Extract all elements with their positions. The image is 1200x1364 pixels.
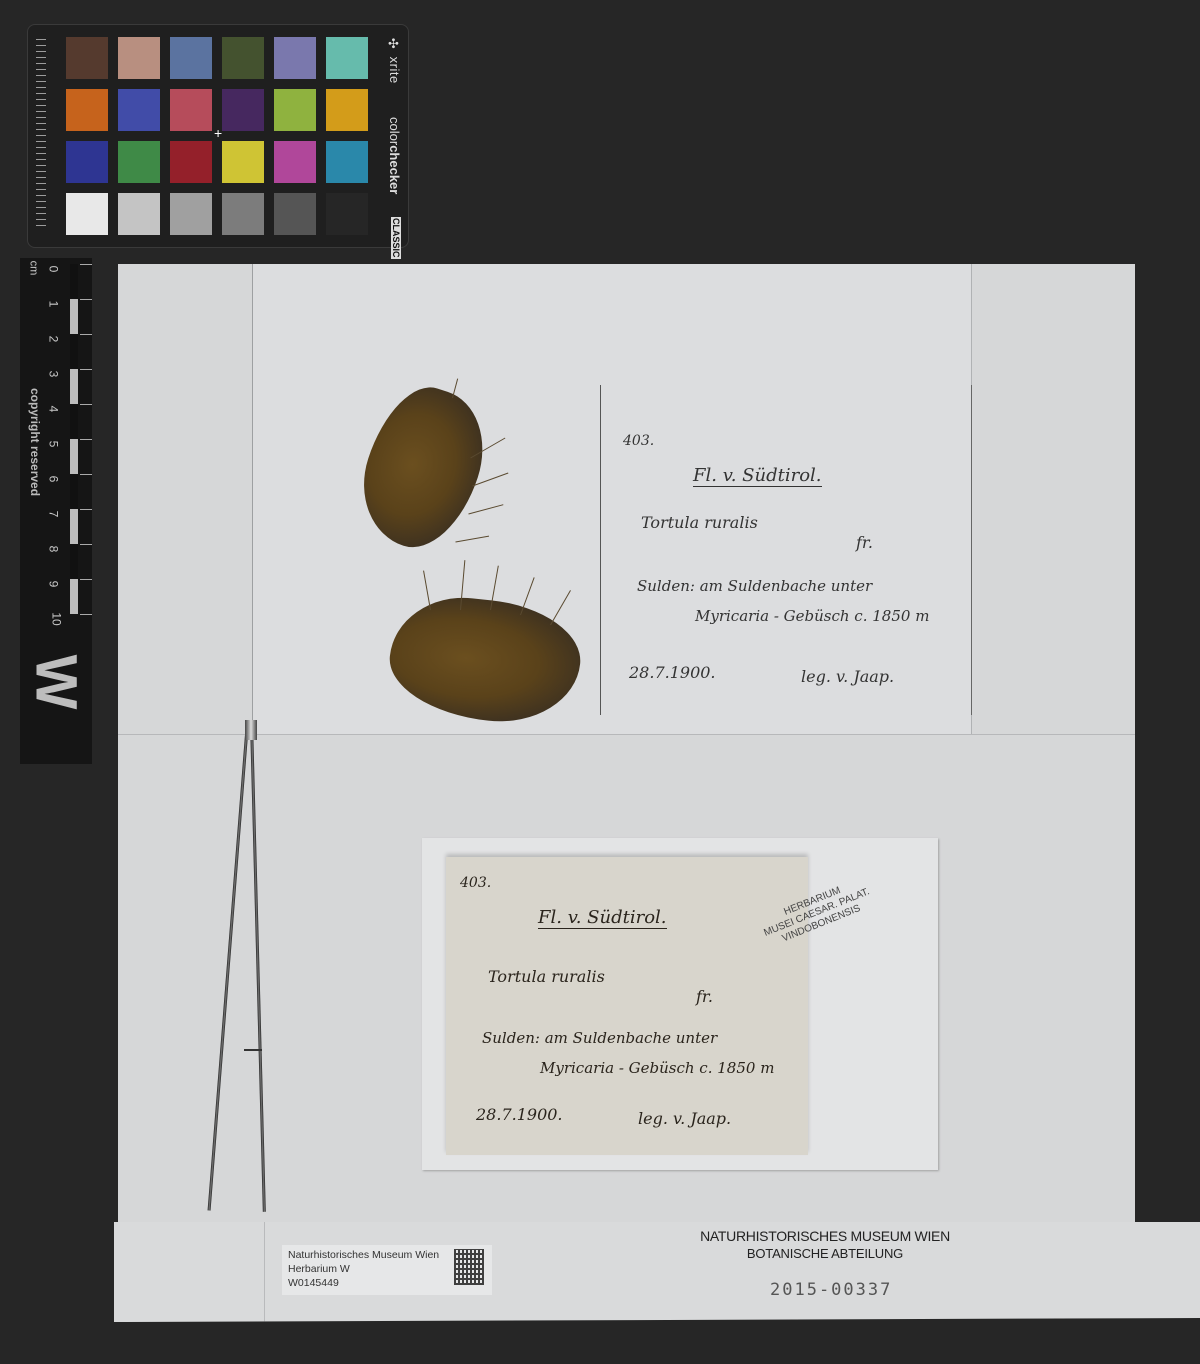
original-label: 403. Fl. v. Südtirol. Tortula ruralis fr…	[446, 857, 808, 1155]
scale-block	[70, 369, 78, 404]
color-swatch	[326, 141, 368, 183]
color-swatch	[118, 37, 160, 79]
scale-block	[70, 474, 78, 509]
scale-block	[70, 264, 78, 299]
scale-block	[70, 404, 78, 439]
scale-tick-label: 4	[46, 406, 60, 413]
color-swatch	[66, 89, 108, 131]
color-swatch	[222, 193, 264, 235]
herbarium-letter: W	[26, 655, 84, 710]
copyright-text: copyright reserved	[28, 388, 42, 496]
scale-block	[70, 439, 78, 474]
color-swatch	[222, 89, 264, 131]
scale-block	[70, 579, 78, 614]
color-swatch	[118, 89, 160, 131]
locality-line-1: Sulden: am Suldenbache unter	[482, 1029, 717, 1047]
scale-tick-label: 2	[46, 336, 60, 343]
scale-tick-label: 8	[46, 546, 60, 553]
color-swatch	[118, 141, 160, 183]
scale-tick-label: 9	[46, 581, 60, 588]
flora-heading: Fl. v. Südtirol.	[693, 465, 822, 487]
color-swatch	[118, 193, 160, 235]
barcode-label: Naturhistorisches Museum Wien Herbarium …	[282, 1245, 492, 1295]
fold-line	[118, 734, 1135, 735]
collection-date: 28.7.1900.	[476, 1105, 563, 1124]
moss-specimen-lower	[370, 560, 590, 730]
color-swatch	[170, 141, 212, 183]
color-swatch	[326, 89, 368, 131]
color-swatch	[326, 37, 368, 79]
scale-block	[70, 509, 78, 544]
fertility: fr.	[696, 987, 713, 1006]
moss-specimen-upper	[360, 378, 500, 548]
color-swatch	[274, 37, 316, 79]
product-name: colorchecker	[387, 117, 402, 194]
collection-number: 403.	[623, 433, 654, 449]
color-swatch	[222, 141, 264, 183]
department-name: BOTANISCHE ABTEILUNG	[690, 1246, 960, 1261]
color-swatch	[170, 37, 212, 79]
scale-bar: cm 012345678910 copyright reserved W	[20, 258, 92, 764]
locality-line-1: Sulden: am Suldenbache unter	[637, 577, 872, 595]
color-swatch	[274, 193, 316, 235]
scale-ticks	[80, 264, 92, 616]
scale-tick-label: 7	[46, 511, 60, 518]
color-swatch	[170, 193, 212, 235]
herbarium-name: Herbarium W	[288, 1263, 350, 1275]
scale-tick-label: 5	[46, 441, 60, 448]
locality-line-2: Myricaria - Gebüsch c. 1850 m	[540, 1059, 774, 1077]
color-swatch	[326, 193, 368, 235]
color-swatch	[274, 89, 316, 131]
scale-tick-label: 3	[46, 371, 60, 378]
scale-block	[70, 334, 78, 369]
scale-tick-label: 1	[46, 301, 60, 308]
color-swatch	[170, 89, 212, 131]
accession-number: 2015-00337	[770, 1280, 892, 1300]
scale-tick-label: 6	[46, 476, 60, 483]
mm-ruler	[36, 39, 46, 229]
flora-heading: Fl. v. Südtirol.	[538, 907, 667, 929]
edition-badge: CLASSIC	[391, 217, 401, 259]
museum-stamp: NATURHISTORISCHES MUSEUM WIEN BOTANISCHE…	[690, 1228, 960, 1261]
color-swatch	[66, 141, 108, 183]
color-checker-card: + ✣ xrite colorchecker CLASSIC	[27, 24, 409, 248]
taxon-name: Tortula ruralis	[488, 967, 605, 986]
scale-block	[70, 544, 78, 579]
folder-bottom-strip	[114, 1222, 1200, 1322]
institution-name: Naturhistorisches Museum Wien	[288, 1249, 439, 1261]
scale-unit: cm	[27, 261, 39, 276]
fold-line	[252, 264, 253, 734]
photocopy-label: 403. Fl. v. Südtirol. Tortula ruralis fr…	[600, 385, 972, 715]
collection-date: 28.7.1900.	[629, 663, 716, 682]
color-swatch	[222, 37, 264, 79]
color-swatch	[66, 193, 108, 235]
crosshair-icon: +	[214, 125, 222, 141]
qr-code-icon	[454, 1249, 484, 1285]
scale-tick-label: 10	[50, 612, 64, 625]
collector: leg. v. Jaap.	[801, 667, 894, 686]
scale-block	[70, 299, 78, 334]
collection-number: 403.	[460, 875, 491, 891]
locality-line-2: Myricaria - Gebüsch c. 1850 m	[695, 607, 929, 625]
color-swatch	[274, 141, 316, 183]
fertility: fr.	[856, 533, 873, 552]
brand-name: xrite	[387, 57, 402, 84]
collector: leg. v. Jaap.	[638, 1109, 731, 1128]
scale-blocks	[70, 264, 80, 616]
product-prefix: color	[387, 117, 402, 145]
product-bold: checker	[387, 145, 402, 194]
taxon-name: Tortula ruralis	[641, 513, 758, 532]
barcode-id: W0145449	[288, 1277, 339, 1289]
xrite-logo: ✣ xrite	[387, 37, 402, 84]
color-swatch	[66, 37, 108, 79]
museum-name: NATURHISTORISCHES MUSEUM WIEN	[690, 1228, 960, 1244]
scale-tick-label: 0	[46, 266, 60, 273]
